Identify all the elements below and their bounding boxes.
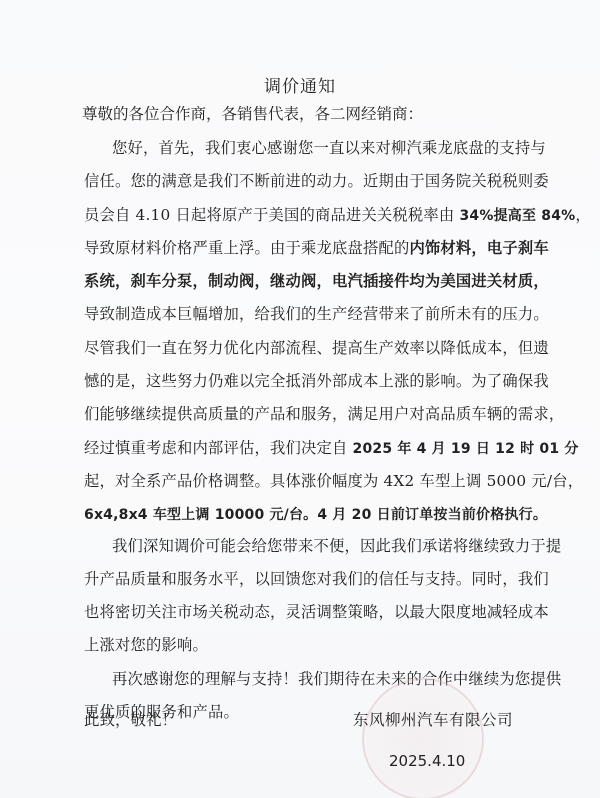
materials-highlight: 内饰材料，电子刹车 — [409, 239, 548, 257]
tariff-rate-highlight: 34%提高至 84% — [459, 208, 575, 224]
company-seal-icon — [362, 678, 484, 798]
text-segment: 导致制造成本巨幅增加，给我们的生产经营带来了前所未有的压力。 — [84, 305, 549, 323]
materials-highlight: 系统，刹车分泵，制动阀，继动阀，电汽插接件均为美国进关材质， — [84, 272, 549, 290]
paragraph-1-line: 信任。您的满意是我们不断前进的动力。近期由于国务院关税税则委 — [84, 169, 524, 202]
document-title: 调价通知 — [0, 72, 600, 97]
paragraph-1-line: 员会自 4.10 日起将原产于美国的商品进关关税税率由 34%提高至 84%， — [84, 203, 524, 236]
paragraph-2-line: 上涨对您的影响。 — [84, 633, 524, 666]
text-segment: 上涨对您的影响。 — [84, 636, 208, 654]
text-segment: 再次感谢您的理解与支持！我们期待在未来的合作中继续为您提供 — [112, 670, 561, 688]
text-segment: 经过慎重考虑和内部评估，我们决定自 — [84, 439, 353, 457]
paragraph-1-line: 系统，刹车分泵，制动阀，继动阀，电汽插接件均为美国进关材质， — [84, 269, 524, 302]
text-segment: 信任。您的满意是我们不断前进的动力。近期由于国务院关税税则委 — [84, 172, 549, 190]
text-segment: 您好，首先，我们衷心感谢您一直以来对柳汽乘龙底盘的支持与 — [112, 139, 546, 157]
paragraph-1-line: 们能够继续提供高质量的产品和服务，满足用户对高品质车辆的需求， — [84, 402, 524, 435]
closing-greeting: 此致，敬礼！ — [84, 708, 177, 730]
text-segment: 员会自 4.10 日起将原产于美国的商品进关关税税率由 — [84, 206, 459, 224]
text-segment: 导致原材料价格严重上浮。由于乘龙底盘搭配的 — [84, 239, 409, 257]
paragraph-1-line: 6x4,8x4 车型上调 10000 元/台。4 月 20 日前订单按当前价格执… — [84, 502, 524, 535]
price-increase-text: 起，对全系产品价格调整。具体涨价幅度为 4X2 车型上调 5000 元/台， — [84, 472, 583, 490]
paragraph-2-line: 也将密切关注市场关税动态，灵活调整策略，以最大限度地减轻成本 — [84, 600, 524, 633]
company-signature: 东风柳州汽车有限公司 — [353, 708, 513, 730]
paragraph-2-line: 我们深知调价可能会给您带来不便，因此我们承诺将继续致力于提 — [84, 534, 524, 567]
text-segment: 们能够继续提供高质量的产品和服务，满足用户对高品质车辆的需求， — [84, 405, 564, 423]
price-increase-highlight: 6x4,8x4 车型上调 10000 元/台。4 月 20 日前订单按当前价格执… — [84, 507, 547, 523]
paragraph-1-line: 起，对全系产品价格调整。具体涨价幅度为 4X2 车型上调 5000 元/台， — [84, 469, 524, 502]
signature-date: 2025.4.10 — [389, 752, 465, 770]
notice-document: 调价通知 尊敬的各位合作商，各销售代表，各二网经销商： 您好，首先，我们衷心感谢… — [0, 0, 600, 798]
effective-date-highlight: 2025 年 4 月 19 日 12 时 01 分 — [353, 441, 579, 457]
text-segment: 我们深知调价可能会给您带来不便，因此我们承诺将继续致力于提 — [112, 537, 561, 555]
text-segment: 也将密切关注市场关税动态，灵活调整策略，以最大限度地减轻成本 — [84, 603, 549, 621]
paragraph-1-line: 经过慎重考虑和内部评估，我们决定自 2025 年 4 月 19 日 12 时 0… — [84, 436, 524, 469]
text-segment: 升产品质量和服务水平，以回馈您对我们的信任与支持。同时，我们 — [84, 570, 549, 588]
text-segment: ， — [575, 206, 591, 224]
paragraph-1-line: 憾的是，这些努力仍难以完全抵消外部成本上涨的影响。为了确保我 — [84, 369, 524, 402]
document-body: 您好，首先，我们衷心感谢您一直以来对柳汽乘龙底盘的支持与 信任。您的满意是我们不… — [84, 136, 524, 733]
salutation: 尊敬的各位合作商，各销售代表，各二网经销商： — [82, 102, 423, 124]
text-segment: 憾的是，这些努力仍难以完全抵消外部成本上涨的影响。为了确保我 — [84, 372, 549, 390]
paragraph-1-line: 您好，首先，我们衷心感谢您一直以来对柳汽乘龙底盘的支持与 — [84, 136, 524, 169]
paragraph-1-line: 导致原材料价格严重上浮。由于乘龙底盘搭配的内饰材料，电子刹车 — [84, 236, 524, 269]
paragraph-2-line: 升产品质量和服务水平，以回馈您对我们的信任与支持。同时，我们 — [84, 567, 524, 600]
paragraph-1-line: 尽管我们一直在努力优化内部流程、提高生产效率以降低成本，但遗 — [84, 336, 524, 369]
text-segment: 尽管我们一直在努力优化内部流程、提高生产效率以降低成本，但遗 — [84, 339, 549, 357]
paragraph-1-line: 导致制造成本巨幅增加，给我们的生产经营带来了前所未有的压力。 — [84, 302, 524, 335]
